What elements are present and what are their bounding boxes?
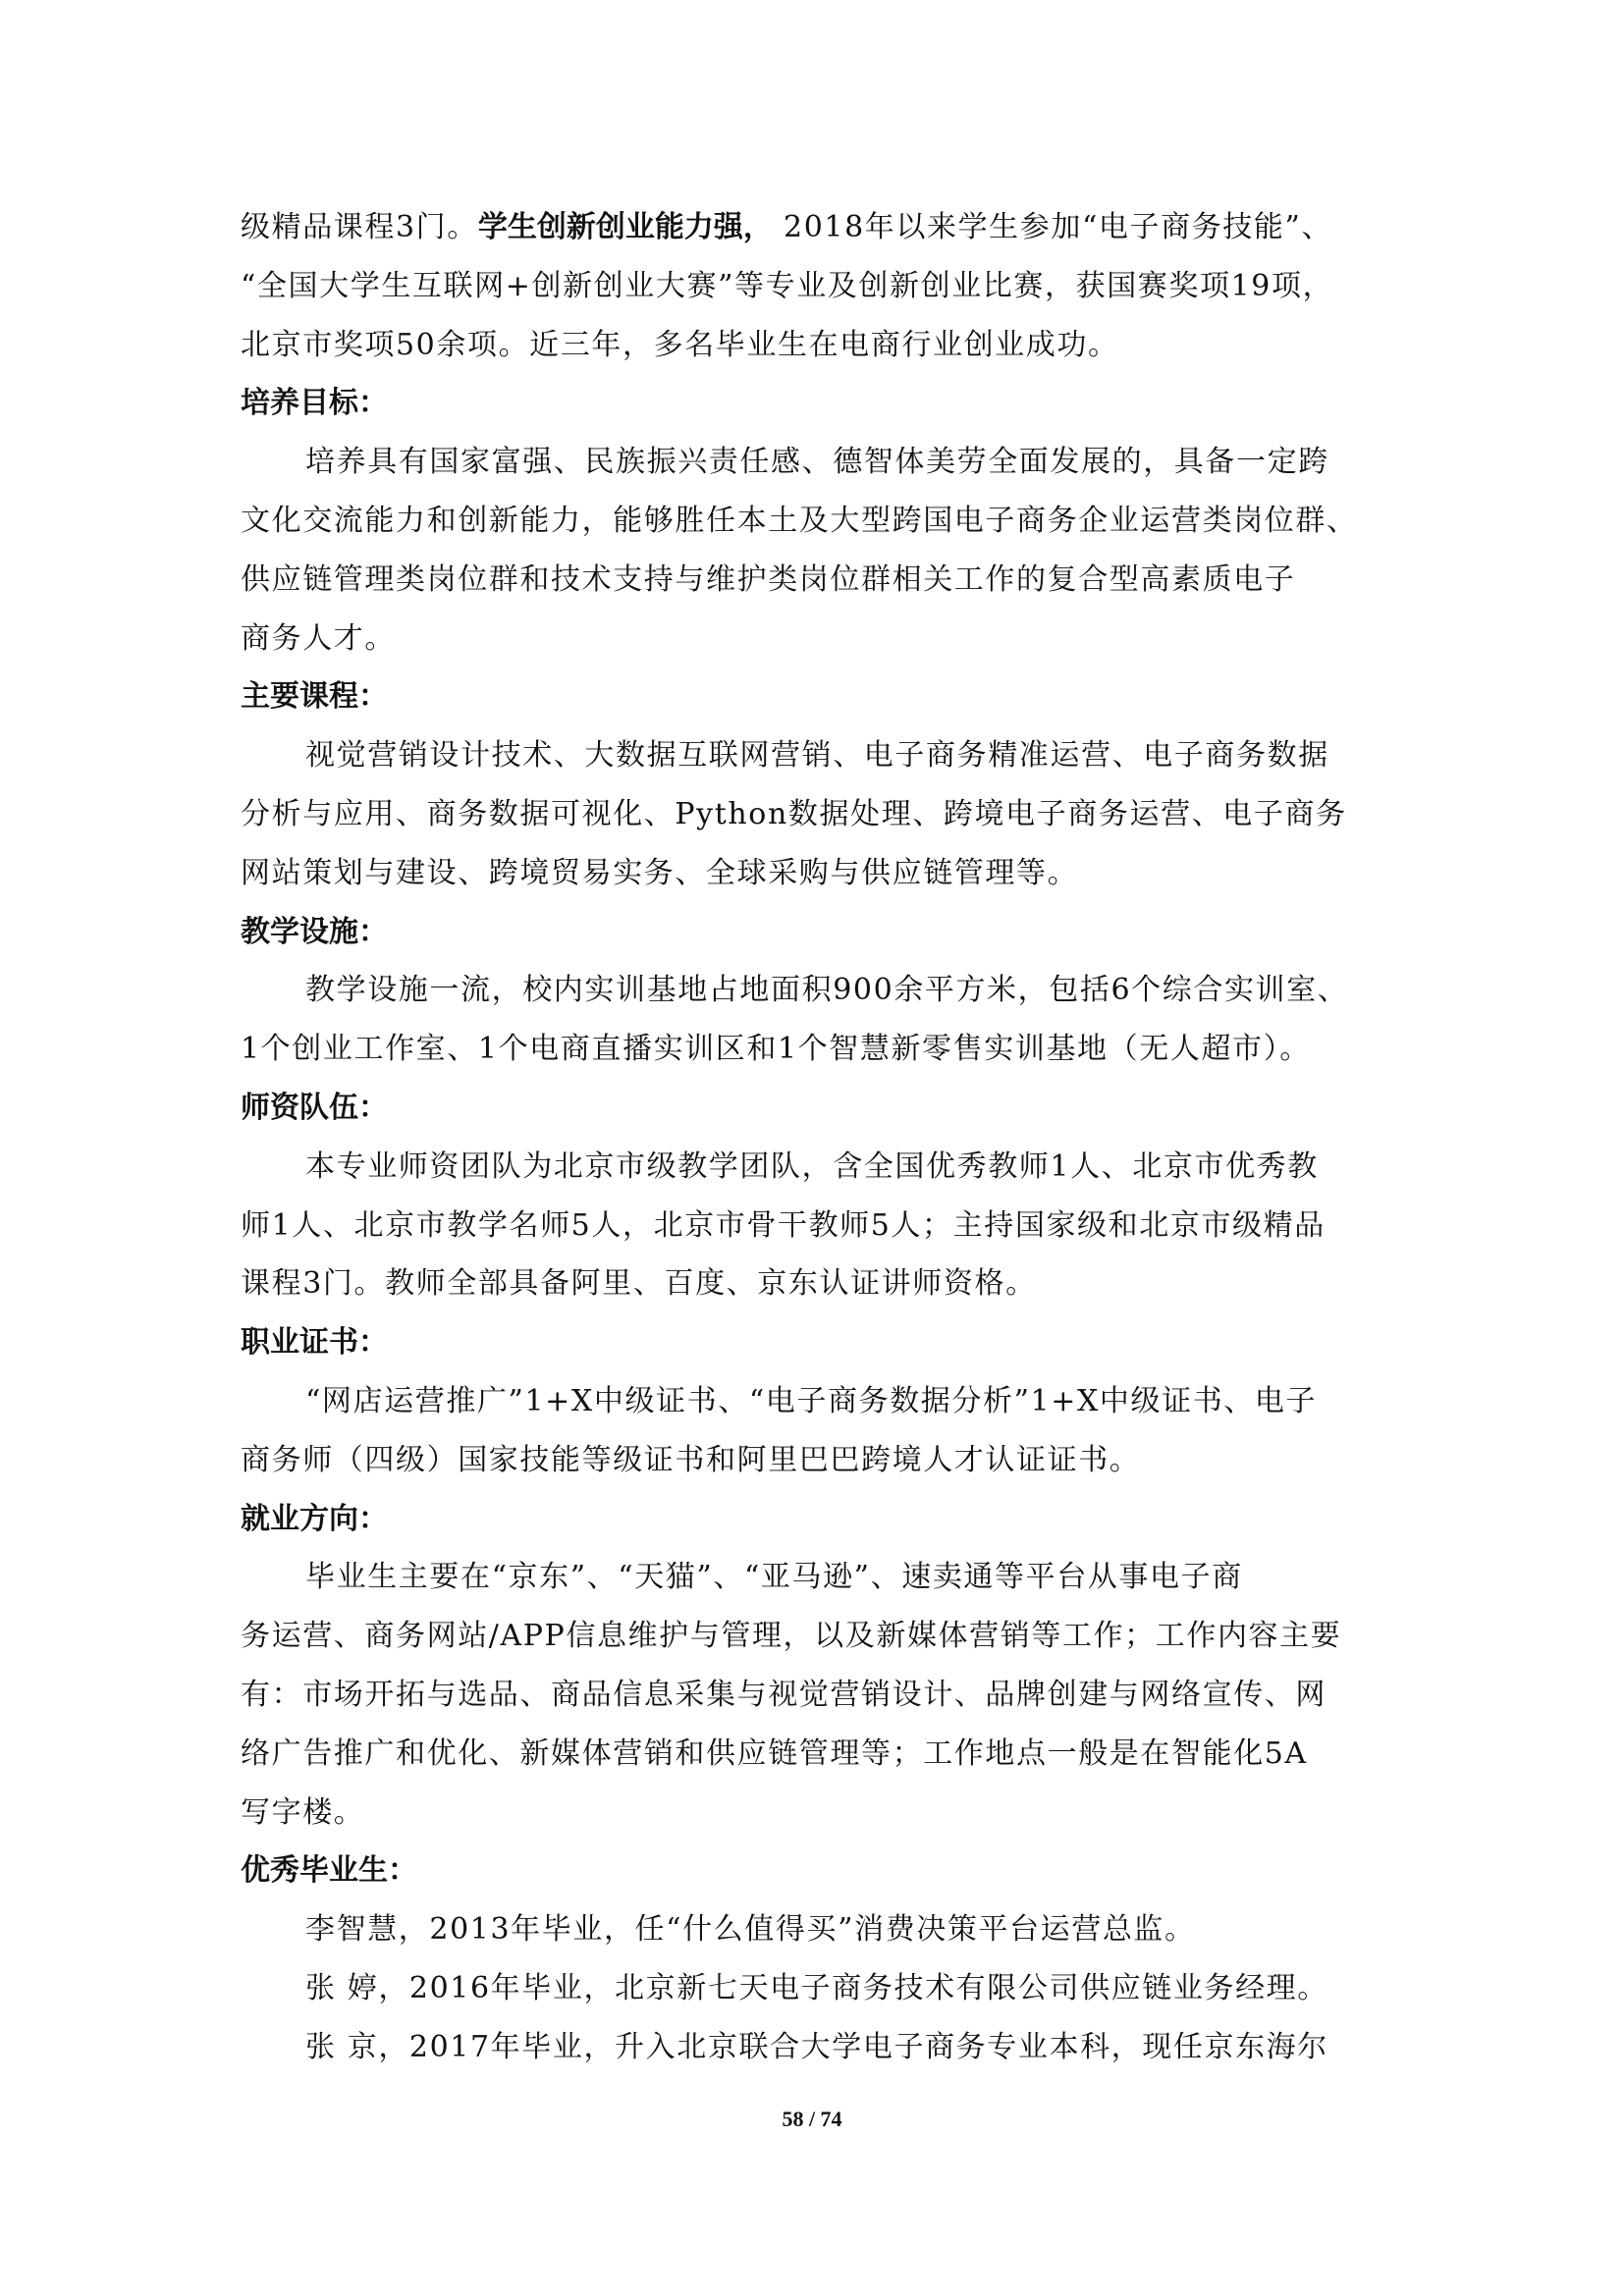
paragraph-line: 1个创业工作室、1个电商直播实训区和1个智慧新零售实训基地（无人超市）。 <box>241 1020 1389 1079</box>
paragraph-line: 课程3门。教师全部具备阿里、百度、京东认证讲师资格。 <box>241 1255 1389 1313</box>
paragraph-line: 培养具有国家富强、民族振兴责任感、德智体美劳全面发展的，具备一定跨 <box>241 433 1389 492</box>
intro-bold-highlight: 学生创新创业能力强， <box>478 210 773 244</box>
paragraph-line: “网店运营推广”1+X中级证书、“电子商务数据分析”1+X中级证书、电子 <box>241 1372 1389 1431</box>
paragraph-line: 分析与应用、商务数据可视化、Python数据处理、跨境电子商务运营、电子商务 <box>241 785 1389 844</box>
intro-text: 2018年以来学生参加“电子商务技能”、 <box>773 210 1332 244</box>
graduate-entry: 张 婷，2016年毕业，北京新七天电子商务技术有限公司供应链业务经理。 <box>241 1959 1389 2018</box>
paragraph-line: 视觉营销设计技术、大数据互联网营销、电子商务精准运营、电子商务数据 <box>241 726 1389 785</box>
paragraph-line: 师1人、北京市教学名师5人，北京市骨干教师5人；主持国家级和北京市级精品 <box>241 1197 1389 1255</box>
paragraph-line: 网站策划与建设、跨境贸易实务、全球采购与供应链管理等。 <box>241 844 1389 903</box>
paragraph-line: 写字楼。 <box>241 1784 1389 1842</box>
section-heading-certificates: 职业证书： <box>241 1313 1389 1372</box>
graduate-entry: 张 京，2017年毕业，升入北京联合大学电子商务专业本科，现任京东海尔 <box>241 2018 1389 2077</box>
intro-text: 级精品课程3门。 <box>241 210 478 244</box>
paragraph-line: 供应链管理类岗位群和技术支持与维护类岗位群相关工作的复合型高素质电子 <box>241 551 1389 610</box>
paragraph-line: 毕业生主要在“京东”、“天猫”、“亚马逊”、速卖通等平台从事电子商 <box>241 1548 1389 1607</box>
page-number: 58 / 74 <box>0 2107 1624 2132</box>
paragraph-line: 商务师（四级）国家技能等级证书和阿里巴巴跨境人才认证证书。 <box>241 1431 1389 1490</box>
section-heading-faculty: 师资队伍： <box>241 1079 1389 1138</box>
section-heading-facilities: 教学设施： <box>241 903 1389 962</box>
intro-line-2: “全国大学生互联网+创新创业大赛”等专业及创新创业比赛，获国赛奖项19项， <box>241 257 1389 316</box>
paragraph-line: 商务人才。 <box>241 610 1389 668</box>
graduate-entry: 李智慧，2013年毕业，任“什么值得买”消费决策平台运营总监。 <box>241 1900 1389 1959</box>
section-heading-training-goal: 培养目标： <box>241 374 1389 433</box>
page-content: 级精品课程3门。学生创新创业能力强， 2018年以来学生参加“电子商务技能”、 … <box>241 198 1389 2077</box>
intro-line-3: 北京市奖项50余项。近三年，多名毕业生在电商行业创业成功。 <box>241 316 1389 375</box>
paragraph-line: 教学设施一流，校内实训基地占地面积900余平方米，包括6个综合实训室、 <box>241 961 1389 1020</box>
section-heading-graduates: 优秀毕业生： <box>241 1842 1389 1900</box>
document-page: 级精品课程3门。学生创新创业能力强， 2018年以来学生参加“电子商务技能”、 … <box>0 0 1624 2296</box>
intro-line-1: 级精品课程3门。学生创新创业能力强， 2018年以来学生参加“电子商务技能”、 <box>241 198 1389 257</box>
paragraph-line: 有：市场开拓与选品、商品信息采集与视觉营销设计、品牌创建与网络宣传、网 <box>241 1666 1389 1725</box>
paragraph-line: 络广告推广和优化、新媒体营销和供应链管理等；工作地点一般是在智能化5A <box>241 1725 1389 1784</box>
section-heading-main-courses: 主要课程： <box>241 667 1389 726</box>
paragraph-line: 文化交流能力和创新能力，能够胜任本土及大型跨国电子商务企业运营类岗位群、 <box>241 492 1389 551</box>
section-heading-employment: 就业方向： <box>241 1490 1389 1549</box>
paragraph-line: 本专业师资团队为北京市级教学团队，含全国优秀教师1人、北京市优秀教 <box>241 1138 1389 1197</box>
paragraph-line: 务运营、商务网站/APP信息维护与管理，以及新媒体营销等工作；工作内容主要 <box>241 1607 1389 1666</box>
